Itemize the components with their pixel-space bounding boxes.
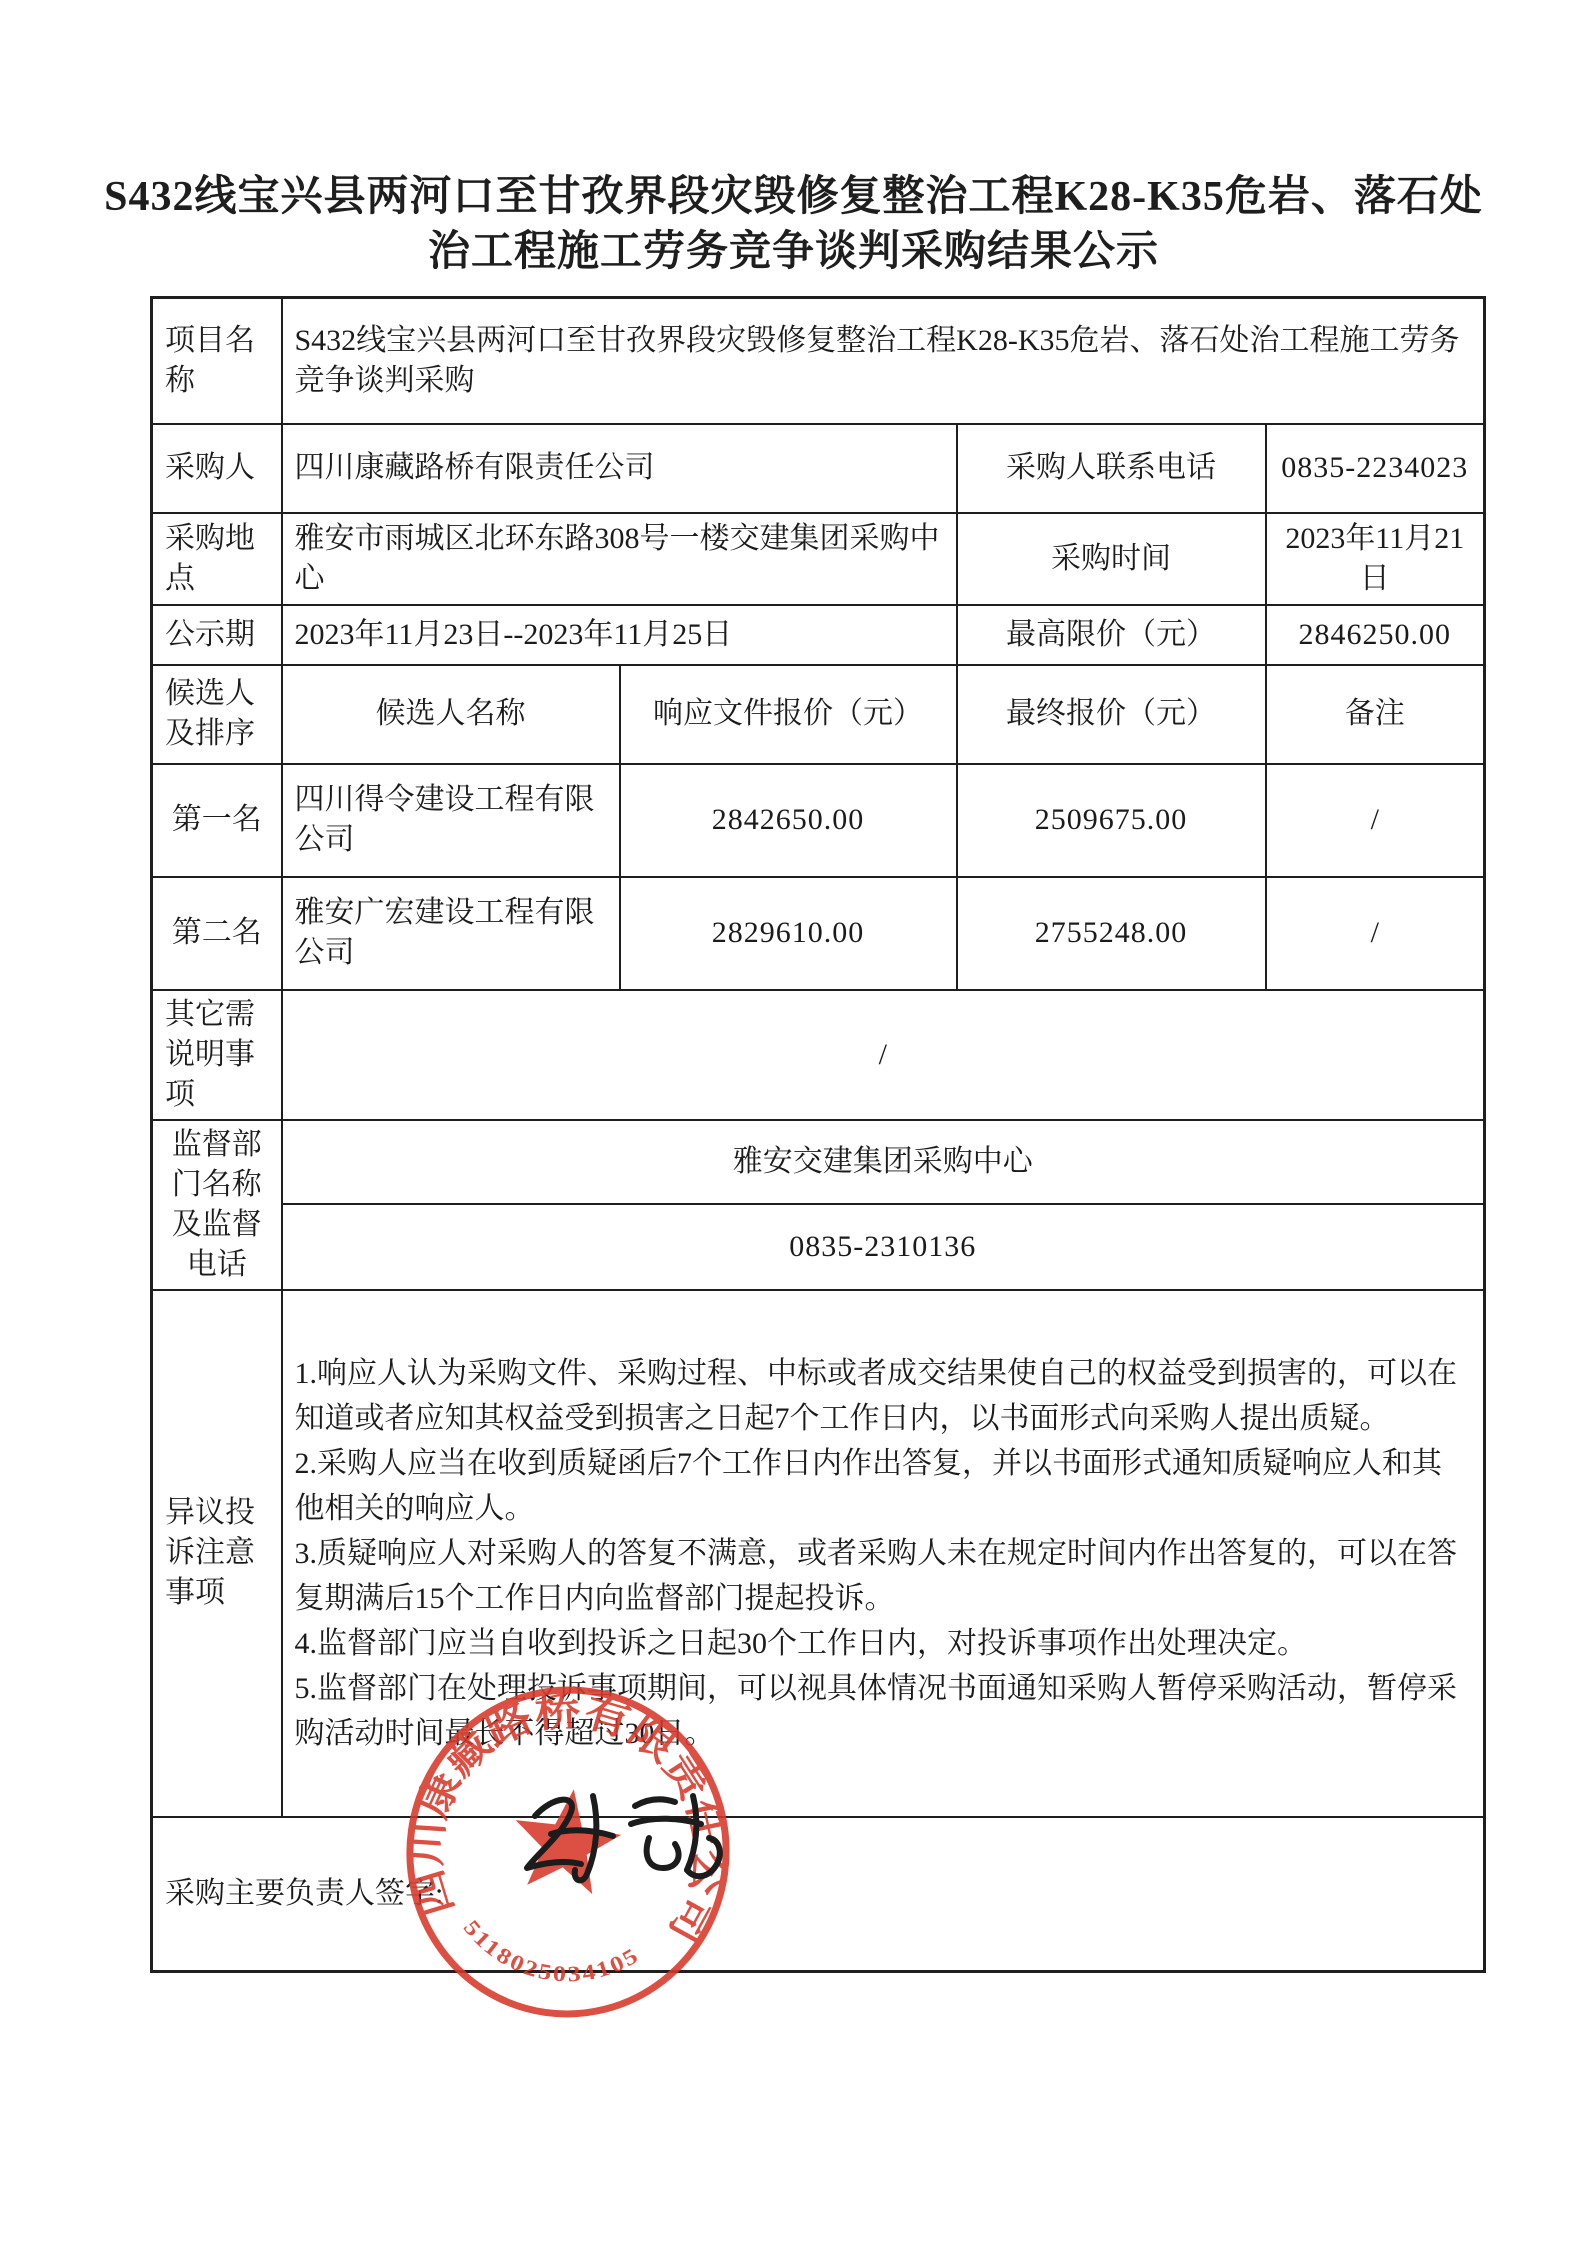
title-line-2: 治工程施工劳务竞争谈判采购结果公示 — [0, 225, 1587, 280]
candidate-2-response-price: 2829610.00 — [620, 877, 957, 990]
candidate-row-1: 第一名 四川得令建设工程有限公司 2842650.00 2509675.00 / — [152, 764, 1485, 877]
candidate-2-rank: 第二名 — [152, 877, 282, 990]
candidate-2-remark: / — [1266, 877, 1485, 990]
remark-header: 备注 — [1266, 665, 1485, 764]
objection-item-2: 2.采购人应当在收到质疑函后7个工作日内作出答复，并以书面形式通知质疑响应人和其… — [295, 1441, 1472, 1531]
row-publicity: 公示期 2023年11月23日--2023年11月25日 最高限价（元） 284… — [152, 605, 1485, 665]
purchase-time-value: 2023年11月21日 — [1266, 513, 1485, 605]
final-price-header: 最终报价（元） — [957, 665, 1266, 764]
candidate-2-final-price: 2755248.00 — [957, 877, 1266, 990]
objection-item-1: 1.响应人认为采购文件、采购过程、中标或者成交结果使自己的权益受到损害的，可以在… — [295, 1351, 1472, 1441]
project-value: S432线宝兴县两河口至甘孜界段灾毁修复整治工程K28-K35危岩、落石处治工程… — [282, 298, 1485, 424]
row-location: 采购地点 雅安市雨城区北环东路308号一楼交建集团采购中心 采购时间 2023年… — [152, 513, 1485, 605]
row-project: 项目名称 S432线宝兴县两河口至甘孜界段灾毁修复整治工程K28-K35危岩、落… — [152, 298, 1485, 424]
candidate-1-response-price: 2842650.00 — [620, 764, 957, 877]
row-other-notes: 其它需说明事项 / — [152, 990, 1485, 1120]
candidate-1-rank: 第一名 — [152, 764, 282, 877]
candidate-name-header: 候选人名称 — [282, 665, 620, 764]
project-label: 项目名称 — [152, 298, 282, 424]
max-price-label: 最高限价（元） — [957, 605, 1266, 665]
candidates-rank-header: 候选人及排序 — [152, 665, 282, 764]
publicity-label: 公示期 — [152, 605, 282, 665]
objection-label: 异议投诉注意事项 — [152, 1290, 282, 1817]
purchaser-value: 四川康藏路桥有限责任公司 — [282, 424, 957, 513]
title-line-1: S432线宝兴县两河口至甘孜界段灾毁修复整治工程K28-K35危岩、落石处 — [0, 170, 1587, 225]
purchaser-phone-label: 采购人联系电话 — [957, 424, 1266, 513]
objection-item-5: 5.监督部门在处理投诉事项期间，可以视具体情况书面通知采购人暂停采购活动，暂停采… — [295, 1666, 1472, 1756]
row-purchaser: 采购人 四川康藏路桥有限责任公司 采购人联系电话 0835-2234023 — [152, 424, 1485, 513]
scanned-document-page: S432线宝兴县两河口至甘孜界段灾毁修复整治工程K28-K35危岩、落石处 治工… — [0, 0, 1587, 2244]
row-objection: 异议投诉注意事项 1.响应人认为采购文件、采购过程、中标或者成交结果使自己的权益… — [152, 1290, 1485, 1817]
other-notes-label: 其它需说明事项 — [152, 990, 282, 1120]
purchase-time-label: 采购时间 — [957, 513, 1266, 605]
candidate-1-remark: / — [1266, 764, 1485, 877]
purchaser-label: 采购人 — [152, 424, 282, 513]
publicity-value: 2023年11月23日--2023年11月25日 — [282, 605, 957, 665]
other-notes-value: / — [282, 990, 1485, 1120]
objection-text-cell: 1.响应人认为采购文件、采购过程、中标或者成交结果使自己的权益受到损害的，可以在… — [282, 1290, 1485, 1817]
max-price-value: 2846250.00 — [1266, 605, 1485, 665]
candidates-header-row: 候选人及排序 候选人名称 响应文件报价（元） 最终报价（元） 备注 — [152, 665, 1485, 764]
supervision-label: 监督部门名称及监督电话 — [152, 1120, 282, 1290]
candidate-2-name: 雅安广宏建设工程有限公司 — [282, 877, 620, 990]
candidate-row-2: 第二名 雅安广宏建设工程有限公司 2829610.00 2755248.00 / — [152, 877, 1485, 990]
objection-item-3: 3.质疑响应人对采购人的答复不满意，或者采购人未在规定时间内作出答复的，可以在答… — [295, 1531, 1472, 1621]
supervision-phone: 0835-2310136 — [282, 1204, 1485, 1290]
location-value: 雅安市雨城区北环东路308号一楼交建集团采购中心 — [282, 513, 957, 605]
location-label: 采购地点 — [152, 513, 282, 605]
procurement-result-table: 项目名称 S432线宝兴县两河口至甘孜界段灾毁修复整治工程K28-K35危岩、落… — [150, 296, 1486, 1973]
objection-item-4: 4.监督部门应当自收到投诉之日起30个工作日内，对投诉事项作出处理决定。 — [295, 1621, 1472, 1666]
row-signature: 采购主要负责人签字: — [152, 1817, 1485, 1972]
candidate-1-final-price: 2509675.00 — [957, 764, 1266, 877]
row-supervision-phone: 0835-2310136 — [152, 1204, 1485, 1290]
supervision-department: 雅安交建集团采购中心 — [282, 1120, 1485, 1204]
candidate-1-name: 四川得令建设工程有限公司 — [282, 764, 620, 877]
purchaser-phone-value: 0835-2234023 — [1266, 424, 1485, 513]
document-title: S432线宝兴县两河口至甘孜界段灾毁修复整治工程K28-K35危岩、落石处 治工… — [0, 170, 1587, 280]
signature-label: 采购主要负责人签字: — [152, 1817, 1485, 1972]
row-supervision-dept: 监督部门名称及监督电话 雅安交建集团采购中心 — [152, 1120, 1485, 1204]
response-price-header: 响应文件报价（元） — [620, 665, 957, 764]
